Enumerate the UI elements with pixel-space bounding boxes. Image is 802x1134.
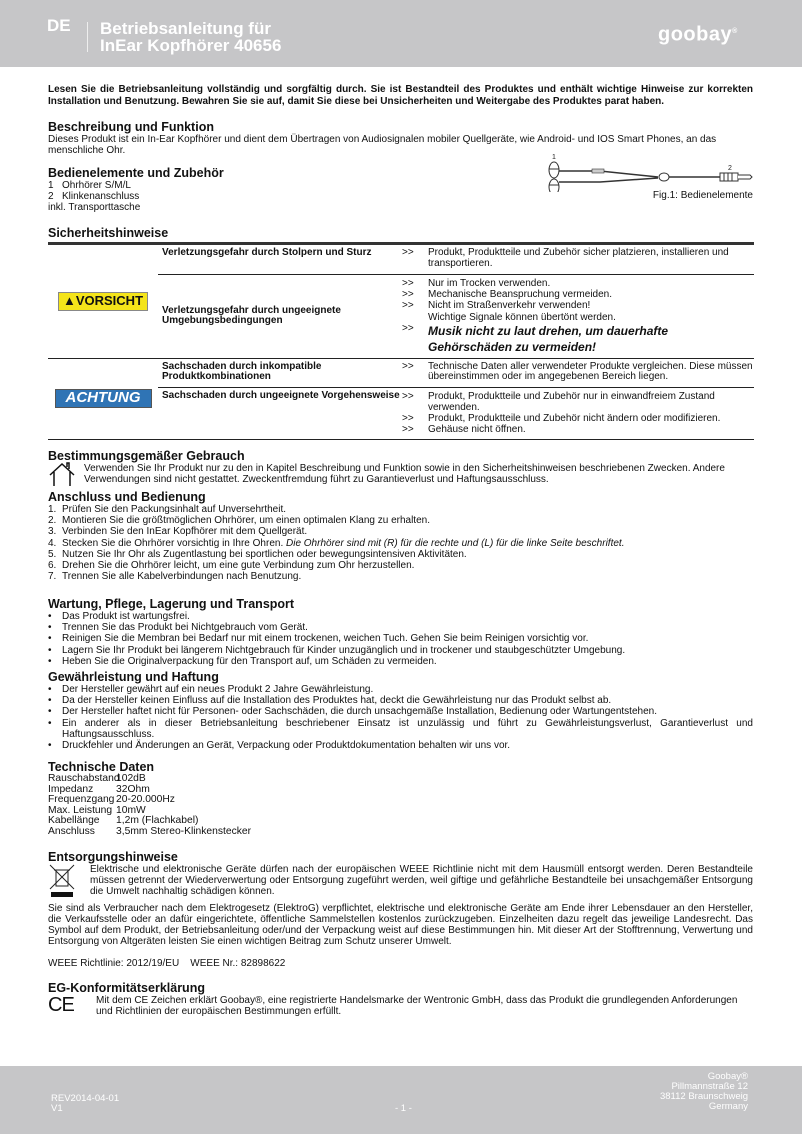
- measure-text: Gehäuse nicht öffnen.: [428, 424, 526, 435]
- section-bedienelemente: Bedienelemente und Zubehör 1Ohrhörer S/M…: [48, 167, 348, 213]
- figure-headphones: 1 2 Fig.1: Bedienelemente: [540, 152, 753, 202]
- spec-label: Rauschabstand: [48, 774, 116, 785]
- vorsicht-cell: ▲VORSICHT: [48, 244, 158, 359]
- bullet-icon: •: [48, 695, 62, 706]
- arrow-marker: >>: [402, 323, 428, 355]
- arrow-marker: >>: [402, 358, 428, 387]
- item-text: Reinigen Sie die Membran bei Bedarf nur …: [62, 633, 588, 644]
- arrow-marker: >>: [402, 300, 428, 322]
- steps-list: 1.Prüfen Sie den Packungsinhalt auf Unve…: [48, 504, 753, 582]
- spec-value: 102dB: [116, 774, 448, 785]
- wartung-list: •Das Produkt ist wartungsfrei.•Trennen S…: [48, 611, 753, 667]
- list-item: •Das Produkt ist wartungsfrei.: [48, 611, 753, 622]
- safety-table: ▲VORSICHT Verletzungsgefahr durch Stolpe…: [48, 242, 754, 440]
- bullet-icon: •: [48, 633, 62, 644]
- item-text: Der Hersteller haftet nicht für Personen…: [62, 706, 657, 717]
- section-title: Anschluss und Bedienung: [48, 491, 753, 504]
- step-text: Stecken Sie die Ohrhörer vorsichtig in I…: [62, 538, 624, 549]
- item-number: 2: [48, 191, 62, 202]
- arrow-marker: >>: [402, 289, 428, 300]
- step-number: 5.: [48, 549, 62, 560]
- list-item: 7.Trennen Sie alle Kabelverbindungen nac…: [48, 571, 753, 582]
- section-title: Entsorgungshinweise: [48, 851, 753, 864]
- weee-bin-icon: [48, 864, 76, 898]
- list-item: 2Klinkenanschluss: [48, 191, 348, 202]
- list-item: •Reinigen Sie die Membran bei Bedarf nur…: [48, 633, 753, 644]
- section-title: EG-Konformitätserklärung: [48, 982, 753, 995]
- hazard-text: Sachschaden durch ungeeignete Vorgehensw…: [158, 387, 402, 439]
- item-text: Trennen Sie das Produkt bei Nichtgebrauc…: [62, 622, 308, 633]
- section-anschluss: Anschluss und Bedienung 1.Prüfen Sie den…: [48, 491, 753, 582]
- item-text: Ein anderer als in dieser Betriebsanleit…: [62, 718, 753, 740]
- measure-text: Produkt, Produktteile und Zubehör nur in…: [428, 391, 754, 413]
- step-number: 3.: [48, 526, 62, 537]
- list-item: •Trennen Sie das Produkt bei Nichtgebrau…: [48, 622, 753, 633]
- spec-value: 1,2m (Flachkabel): [116, 816, 448, 827]
- list-item: 3.Verbinden Sie den InEar Kopfhörer mit …: [48, 526, 753, 537]
- step-number: 4.: [48, 538, 62, 549]
- item-label: Ohrhörer S/M/L: [62, 180, 131, 191]
- measure-text: Nicht im Straßenverkehr verwenden! Wicht…: [428, 300, 628, 322]
- spec-label: Kabellänge: [48, 816, 116, 827]
- section-title-sicherheit: Sicherheitshinweise: [48, 227, 168, 240]
- item-text: Lagern Sie Ihr Produkt bei längerem Nich…: [62, 645, 625, 656]
- vorsicht-badge: ▲VORSICHT: [58, 292, 148, 311]
- list-item: 6.Drehen Sie die Ohrhörer leicht, um ein…: [48, 560, 753, 571]
- measure-text: Produkt, Produktteile und Zubehör sicher…: [428, 244, 754, 275]
- spec-label: Frequenzgang: [48, 795, 116, 806]
- company-address: Goobay® Pillmannstraße 12 38112 Braunsch…: [660, 1072, 748, 1112]
- title-line-1: Betriebsanleitung für: [100, 20, 281, 37]
- bullet-icon: •: [48, 684, 62, 695]
- accessory-note: inkl. Transporttasche: [48, 202, 348, 213]
- item-text: Heben Sie die Originalverpackung für den…: [62, 656, 437, 667]
- section-beschreibung: Beschreibung und Funktion Dieses Produkt…: [48, 121, 753, 156]
- section-text: Elektrische und elektronische Geräte dür…: [90, 864, 753, 898]
- list-item: •Lagern Sie Ihr Produkt bei längerem Nic…: [48, 645, 753, 656]
- arrow-marker: >>: [402, 391, 428, 413]
- item-number: 1: [48, 180, 62, 191]
- table-row: ▲VORSICHT Verletzungsgefahr durch Stolpe…: [48, 244, 754, 275]
- section-technische-daten: Technische Daten Rauschabstand102dBImped…: [48, 761, 448, 837]
- arrow-marker: >>: [402, 244, 428, 275]
- section-title: Bedienelemente und Zubehör: [48, 167, 348, 180]
- list-item: •Der Hersteller gewährt auf ein neues Pr…: [48, 684, 753, 695]
- section-title: Beschreibung und Funktion: [48, 121, 753, 134]
- measure-text: Mechanische Beanspruchung vermeiden.: [428, 289, 612, 300]
- step-number: 6.: [48, 560, 62, 571]
- measures-cell: >>Nur im Trocken verwenden. >>Mechanisch…: [402, 275, 754, 359]
- list-item: •Der Hersteller haftet nicht für Persone…: [48, 706, 753, 717]
- goobay-logo: goobay®: [658, 26, 738, 41]
- version: V1: [51, 1104, 119, 1114]
- list-item: 4.Stecken Sie die Ohrhörer vorsichtig in…: [48, 538, 753, 549]
- section-title: Bestimmungsgemäßer Gebrauch: [48, 450, 753, 463]
- list-item: 1Ohrhörer S/M/L: [48, 180, 348, 191]
- spec-value: 3,5mm Stereo-Klinkenstecker: [116, 827, 448, 838]
- hazard-text: Verletzungsgefahr durch ungeeignete Umge…: [158, 275, 402, 359]
- item-text: Da der Hersteller keinen Einfluss auf di…: [62, 695, 611, 706]
- ce-mark-icon: CE: [48, 995, 88, 1017]
- step-text: Drehen Sie die Ohrhörer leicht, um eine …: [62, 560, 414, 571]
- bullet-icon: •: [48, 611, 62, 622]
- list-item: 1.Prüfen Sie den Packungsinhalt auf Unve…: [48, 504, 753, 515]
- svg-text:1: 1: [552, 154, 556, 161]
- measure-text: Technische Daten aller verwendeter Produ…: [428, 358, 754, 387]
- svg-text:2: 2: [728, 165, 732, 172]
- title-line-2: InEar Kopfhörer 40656: [100, 37, 281, 54]
- hazard-text: Sachschaden durch inkompatible Produktko…: [158, 358, 402, 387]
- achtung-badge: ACHTUNG: [55, 389, 152, 408]
- bullet-icon: •: [48, 718, 62, 740]
- logo-text: goobay: [658, 24, 732, 46]
- figure-caption: Fig.1: Bedienelemente: [653, 190, 753, 201]
- list-item: 5.Nutzen Sie Ihr Ohr als Zugentlastung b…: [48, 549, 753, 560]
- list-item: •Da der Hersteller keinen Einfluss auf d…: [48, 695, 753, 706]
- section-text: Verwenden Sie Ihr Produkt nur zu den in …: [84, 463, 753, 487]
- step-text: Verbinden Sie den InEar Kopfhörer mit de…: [62, 526, 307, 537]
- spec-label: Anschluss: [48, 827, 116, 838]
- country: Germany: [660, 1102, 748, 1112]
- section-title: Gewährleistung und Haftung: [48, 671, 753, 684]
- list-item: •Heben Sie die Originalverpackung für de…: [48, 656, 753, 667]
- bullet-icon: •: [48, 645, 62, 656]
- gewaehr-list: •Der Hersteller gewährt auf ein neues Pr…: [48, 684, 753, 751]
- section-gebrauch: Bestimmungsgemäßer Gebrauch Verwenden Si…: [48, 450, 753, 487]
- page-number: - 1 -: [395, 1104, 412, 1114]
- arrow-marker: >>: [402, 278, 428, 289]
- spec-value: 20-20.000Hz: [116, 795, 448, 806]
- item-text: Das Produkt ist wartungsfrei.: [62, 611, 190, 622]
- measure-text: Nur im Trocken verwenden.: [428, 278, 550, 289]
- arrow-marker: >>: [402, 424, 428, 435]
- document-title: Betriebsanleitung für InEar Kopfhörer 40…: [100, 20, 281, 54]
- measure-text: Produkt, Produktteile und Zubehör nicht …: [428, 413, 720, 424]
- house-icon: [48, 461, 78, 487]
- page-footer: REV2014-04-01 V1 - 1 - Goobay® Pillmanns…: [0, 1066, 802, 1134]
- list-item: 2.Montieren Sie die größtmöglichen Ohrhö…: [48, 515, 753, 526]
- step-text: Nutzen Sie Ihr Ohr als Zugentlastung bei…: [62, 549, 467, 560]
- header-divider: [87, 22, 88, 52]
- measures-cell: >>Produkt, Produktteile und Zubehör nur …: [402, 387, 754, 439]
- bullet-icon: •: [48, 656, 62, 667]
- step-text: Trennen Sie alle Kabelverbindungen nach …: [62, 571, 301, 582]
- item-text: Druckfehler und Änderungen an Gerät, Ver…: [62, 740, 510, 751]
- step-note: Die Ohrhörer sind mit (R) für die rechte…: [286, 538, 624, 549]
- arrow-marker: >>: [402, 413, 428, 424]
- bullet-icon: •: [48, 740, 62, 751]
- page-header: DE Betriebsanleitung für InEar Kopfhörer…: [0, 0, 802, 67]
- earphones-illustration-icon: 1 2: [540, 152, 753, 192]
- item-text: Der Hersteller gewährt auf ein neues Pro…: [62, 684, 373, 695]
- bullet-icon: •: [48, 706, 62, 717]
- intro-text: Lesen Sie die Betriebsanleitung vollstän…: [48, 84, 753, 108]
- language-code: DE: [47, 20, 71, 31]
- step-text: Montieren Sie die größtmöglichen Ohrhöre…: [62, 515, 430, 526]
- item-label: Klinkenanschluss: [62, 191, 139, 202]
- badge-label: VORSICHT: [76, 293, 143, 308]
- section-gewaehrleistung: Gewährleistung und Haftung •Der Herstell…: [48, 671, 753, 751]
- list-item: •Ein anderer als in dieser Betriebsanlei…: [48, 718, 753, 740]
- emphasis-warning: Musik nicht zu laut drehen, um dauerhaft…: [428, 323, 718, 355]
- weee-info: WEEE Richtlinie: 2012/19/EU WEEE Nr.: 82…: [48, 958, 753, 969]
- bullet-icon: •: [48, 622, 62, 633]
- section-konformitaet: EG-Konformitätserklärung CE Mit dem CE Z…: [48, 982, 753, 1017]
- list-item: •Druckfehler und Änderungen an Gerät, Ve…: [48, 740, 753, 751]
- table-row: ACHTUNG Sachschaden durch inkompatible P…: [48, 358, 754, 387]
- achtung-cell: ACHTUNG: [48, 358, 158, 439]
- section-text: Mit dem CE Zeichen erklärt Goobay®, eine…: [96, 995, 753, 1017]
- step-text: Prüfen Sie den Packungsinhalt auf Unvers…: [62, 504, 286, 515]
- section-title: Wartung, Pflege, Lagerung und Transport: [48, 598, 753, 611]
- step-number: 1.: [48, 504, 62, 515]
- registered-mark: ®: [732, 28, 738, 35]
- step-number: 7.: [48, 571, 62, 582]
- revision-info: REV2014-04-01 V1: [51, 1094, 119, 1114]
- section-entsorgung: Entsorgungshinweise Elektrische und elek…: [48, 851, 753, 969]
- section-wartung: Wartung, Pflege, Lagerung und Transport …: [48, 598, 753, 667]
- step-number: 2.: [48, 515, 62, 526]
- hazard-text: Verletzungsgefahr durch Stolpern und Stu…: [158, 244, 402, 275]
- section-text-2: Sie sind als Verbraucher nach dem Elektr…: [48, 903, 753, 947]
- warning-triangle-icon: ▲: [63, 293, 76, 308]
- tech-specs-table: Rauschabstand102dBImpedanz32OhmFrequenzg…: [48, 774, 448, 837]
